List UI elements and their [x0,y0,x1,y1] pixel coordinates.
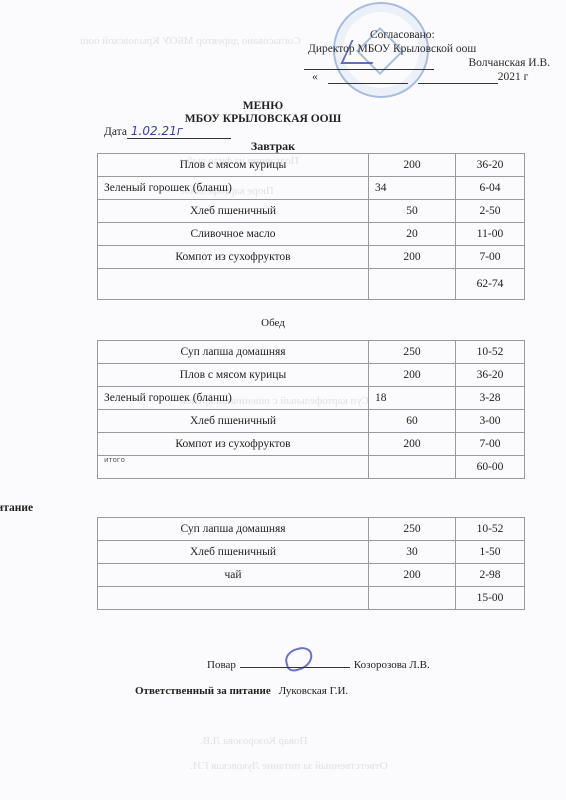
dish-name [98,587,369,610]
date-line [328,83,408,84]
approval-year: 2021 г [498,70,529,84]
dish-name: Сливочное масло [98,223,369,246]
approval-block: Согласовано: Директор МБОУ Крыловской оо… [300,28,550,84]
table-row: Хлеб пшеничный502-50 [98,200,525,223]
date-quote: « [312,70,318,84]
dish-weight [369,587,456,610]
lunch-table: Суп лапша домашняя25010-52Плов с мясом к… [97,340,525,479]
date-value: 1.02.21г [127,124,231,139]
table-row: Суп лапша домашняя25010-52 [98,341,525,364]
dish-price: 7-00 [456,433,525,456]
page-title: МЕНЮ [0,100,546,112]
dish-name: Суп лапша домашняя [98,341,369,364]
dish-price: 10-52 [456,518,525,541]
cook-name: Козорозова Л.В. [354,659,430,671]
dish-name: чай [98,564,369,587]
dish-weight: 34 [369,177,456,200]
dish-weight: 20 [369,223,456,246]
dish-weight [369,456,456,479]
dish-price: 62-74 [456,269,525,300]
signature-line [240,667,350,668]
date-label: Дата [104,126,127,138]
dish-weight: 200 [369,364,456,387]
dish-name: Хлеб пшеничный [98,541,369,564]
dish-weight: 200 [369,246,456,269]
table-row: Зеленый горошек (бланш)183-28 [98,387,525,410]
signature-line [304,56,434,70]
table-row: 62-74 [98,269,525,300]
dish-price: 3-00 [456,410,525,433]
dish-weight: 60 [369,410,456,433]
dish-name: итого [98,456,369,479]
cook-label: Повар [207,659,236,671]
school-name: МБОУ КРЫЛОВСКАЯ ООШ [0,113,546,125]
table-row: чай2002-98 [98,564,525,587]
dish-weight: 250 [369,518,456,541]
dish-weight: 250 [369,341,456,364]
dish-price: 36-20 [456,364,525,387]
responsible-label: Ответственный за питание [135,685,271,697]
cook-line: ПоварКозорозова Л.В. [207,659,430,671]
date-line [418,83,498,84]
dish-price: 7-00 [456,246,525,269]
table-row: Хлеб пшеничный301-50 [98,541,525,564]
dish-weight: 200 [369,154,456,177]
section-title-benefit: льготное питание [0,502,270,514]
dish-weight: 200 [369,564,456,587]
benefit-table: Суп лапша домашняя25010-52Хлеб пшеничный… [97,517,525,610]
dish-price: 36-20 [456,154,525,177]
date-field: Дата1.02.21г [104,124,231,139]
responsible-line: Ответственный за питаниеЛуковская Г.И. [135,685,348,697]
show-through-text: Ответственный за питание Луковская Г.И. [190,760,388,772]
dish-price: 1-50 [456,541,525,564]
table-row: Компот из сухофруктов2007-00 [98,433,525,456]
table-row: Плов с мясом курицы20036-20 [98,154,525,177]
dish-name: Плов с мясом курицы [98,364,369,387]
table-row: Хлеб пшеничный603-00 [98,410,525,433]
dish-weight: 50 [369,200,456,223]
table-row: Сливочное масло2011-00 [98,223,525,246]
approval-position: Директор МБОУ Крыловской оош [300,42,550,56]
dish-weight: 30 [369,541,456,564]
dish-name: Зеленый горошек (бланш) [98,177,369,200]
show-through-text: Согласовано директор МБОУ Крыловской оош [80,35,301,47]
dish-price: 15-00 [456,587,525,610]
section-title-breakfast: Завтрак [0,139,556,154]
dish-weight [369,269,456,300]
dish-price: 11-00 [456,223,525,246]
dish-name: Компот из сухофруктов [98,246,369,269]
table-row: Плов с мясом курицы20036-20 [98,364,525,387]
dish-name: Плов с мясом курицы [98,154,369,177]
table-row: Компот из сухофруктов2007-00 [98,246,525,269]
dish-weight: 200 [369,433,456,456]
dish-price: 6-04 [456,177,525,200]
dish-price: 60-00 [456,456,525,479]
table-row: Зеленый горошек (бланш)346-04 [98,177,525,200]
dish-weight: 18 [369,387,456,410]
table-row: 15-00 [98,587,525,610]
dish-price: 2-50 [456,200,525,223]
approval-label: Согласовано: [300,28,550,42]
dish-name [98,269,369,300]
dish-price: 10-52 [456,341,525,364]
approval-signer: Волчанская И.В. [468,56,550,70]
breakfast-table: Плов с мясом курицы20036-20Зеленый горош… [97,153,525,300]
dish-name: Хлеб пшеничный [98,410,369,433]
dish-price: 3-28 [456,387,525,410]
dish-name: Зеленый горошек (бланш) [98,387,369,410]
dish-price: 2-98 [456,564,525,587]
section-title-lunch: Обед [0,317,556,329]
show-through-text: Повар Козорозова Л.В. [200,735,307,747]
dish-name: Суп лапша домашняя [98,518,369,541]
table-row: итого60-00 [98,456,525,479]
dish-name: Хлеб пшеничный [98,200,369,223]
table-row: Суп лапша домашняя25010-52 [98,518,525,541]
dish-name: Компот из сухофруктов [98,433,369,456]
responsible-name: Луковская Г.И. [279,685,348,697]
